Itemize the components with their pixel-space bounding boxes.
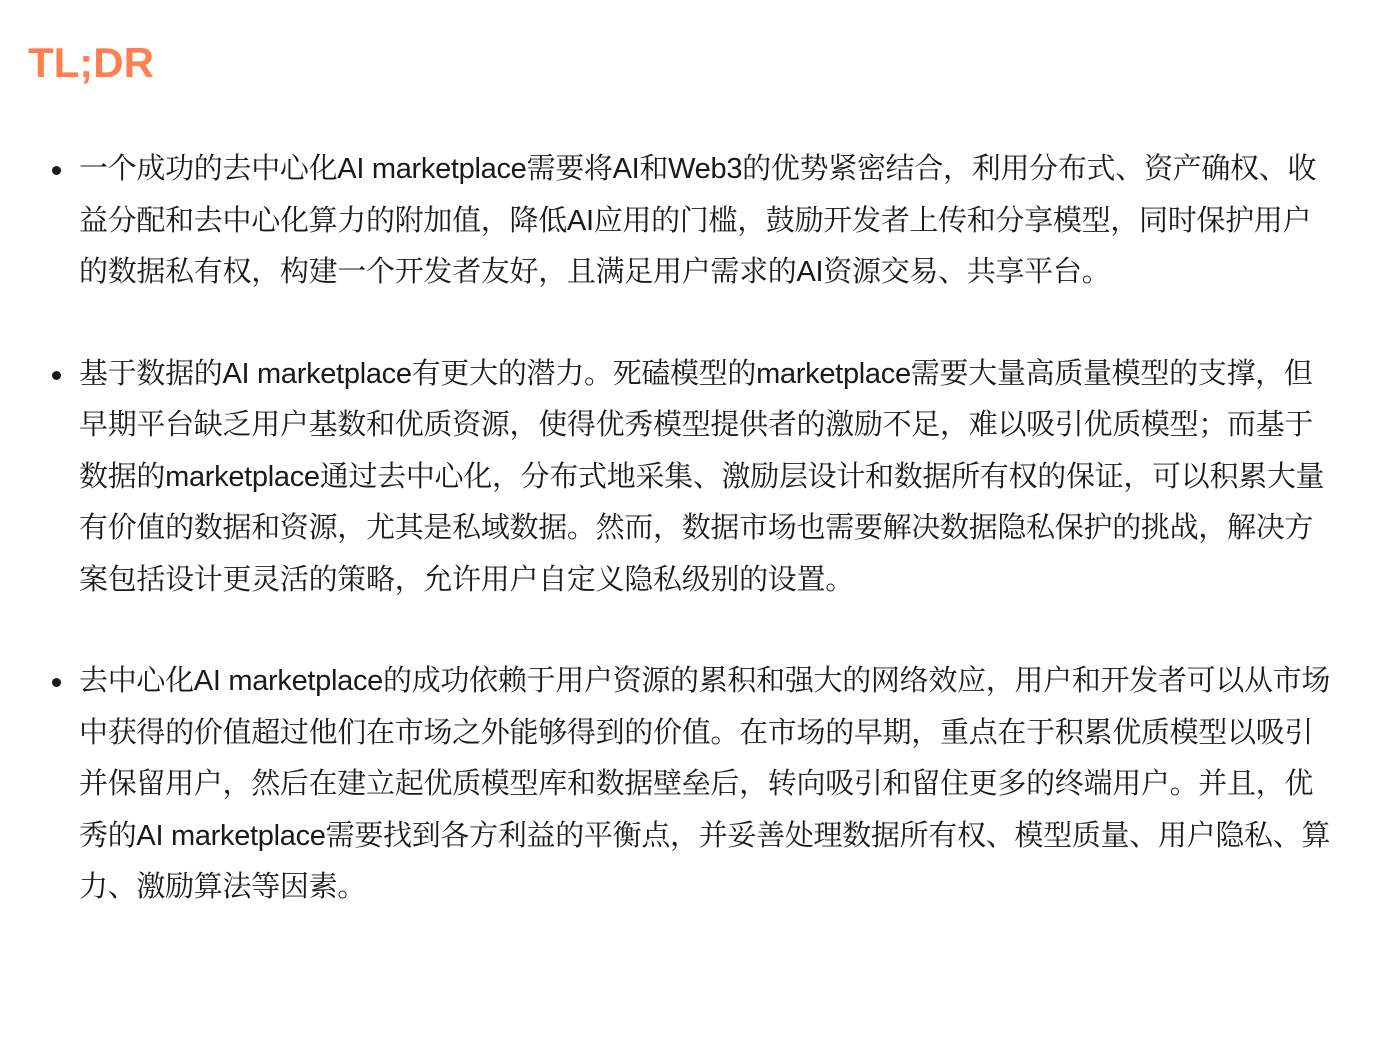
bullet-text: 一个成功的去中心化AI marketplace需要将AI和Web3的优势紧密结合… bbox=[79, 144, 1337, 299]
bullet-dot-icon bbox=[52, 371, 61, 380]
summary-bullet-list: 一个成功的去中心化AI marketplace需要将AI和Web3的优势紧密结合… bbox=[0, 144, 1378, 964]
bullet-text: 去中心化AI marketplace的成功依赖于用户资源的累积和强大的网络效应，… bbox=[79, 656, 1337, 914]
bullet-text: 基于数据的AI marketplace有更大的潜力。死磕模型的marketpla… bbox=[79, 349, 1337, 607]
summary-bullet-item: 一个成功的去中心化AI marketplace需要将AI和Web3的优势紧密结合… bbox=[0, 144, 1378, 299]
bullet-dot-icon bbox=[52, 166, 61, 175]
summary-bullet-item: 基于数据的AI marketplace有更大的潜力。死磕模型的marketpla… bbox=[0, 349, 1378, 607]
summary-bullet-item: 去中心化AI marketplace的成功依赖于用户资源的累积和强大的网络效应，… bbox=[0, 656, 1378, 914]
tldr-heading: TL;DR bbox=[28, 38, 154, 88]
bullet-dot-icon bbox=[52, 678, 61, 687]
